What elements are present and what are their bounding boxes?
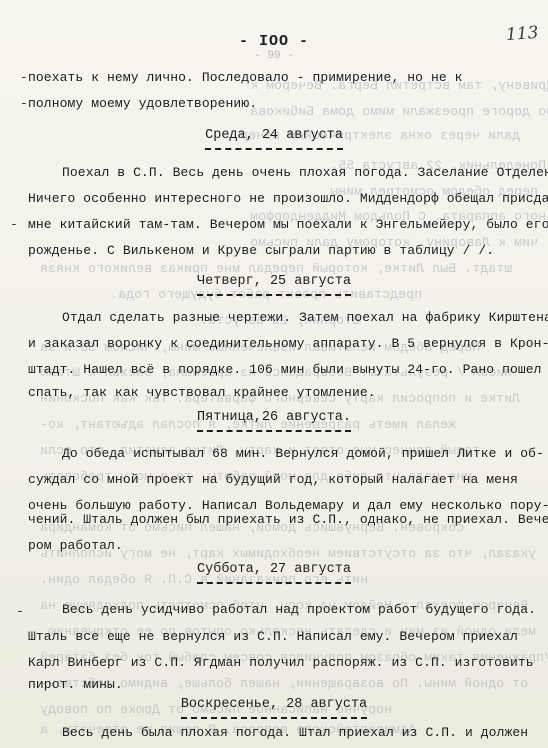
heading-text: Пятница,26 августа.	[197, 410, 351, 432]
text-line: Весь день усидчиво работал над проектом …	[62, 602, 536, 617]
text-line: мне китайский там-там. Вечером мы поехал…	[28, 217, 548, 232]
text-line: Карл Винберг из С.П. Ягдман получил расп…	[28, 655, 534, 670]
text-line: Весь день была плохая погода. Штал приех…	[62, 725, 528, 740]
text-line: ром работал.	[28, 538, 123, 553]
heading-text: Суббота, 27 августа	[197, 562, 351, 584]
margin-dash-mark: -	[20, 70, 28, 85]
text-line: полному моему удовлетворению.	[28, 96, 257, 111]
text-line: штадт. Нашел всё в порядке. 106 мин были…	[28, 362, 542, 377]
text-line: Шталь все еще не вернулся из С.П. Написа…	[28, 629, 518, 644]
text-line: Отдал сделать разные чертежи. Затем поех…	[62, 310, 548, 325]
heading-text: Воскресенье, 28 августа	[181, 697, 367, 719]
archive-folio-number: 113	[505, 23, 539, 45]
diary-date-heading: Суббота, 27 августа	[0, 562, 548, 584]
diary-date-heading: Среда, 24 августа	[0, 128, 548, 150]
text-line: чений. Шталь должен был приехать из С.П.…	[28, 512, 548, 527]
text-line: спать, так как чувствовал крайнее утомле…	[28, 385, 376, 400]
margin-dash-mark: -	[20, 96, 28, 111]
page-number: - IOO -	[0, 33, 548, 50]
text-line: Поехал в С.П. Весь день очень плохая пог…	[62, 165, 548, 180]
text-line: рожденье. С Вилькеном и Круве сыграли па…	[28, 243, 494, 258]
text-line: поехать к нему лично. Последовало - прим…	[28, 70, 463, 85]
document-page: ром поехал к Дривену, там встретил Берга…	[0, 0, 548, 748]
page-number-faint: - 99 -	[0, 50, 548, 62]
diary-date-heading: Пятница,26 августа.	[0, 410, 548, 432]
heading-text: Среда, 24 августа	[205, 128, 343, 150]
text-line: суждал со мной проект на будущий год, ко…	[28, 472, 518, 487]
bleed-through-line: бой домой, по дороге проезжали мимо дома…	[250, 104, 548, 119]
text-line: До обеда испытывал 68 мин. Вернулся домо…	[62, 446, 544, 461]
text-line: пирот. мины.	[28, 677, 123, 692]
margin-dash-mark: -	[16, 604, 24, 619]
text-line: очень большую работу. Написал Вольдемару…	[28, 498, 548, 513]
margin-dash-mark: -	[10, 217, 18, 232]
text-line: Ничего особенно интересного не произошло…	[28, 191, 548, 206]
diary-date-heading: Воскресенье, 28 августа	[0, 697, 548, 719]
diary-date-heading: Четверг, 25 августа	[0, 274, 548, 296]
heading-text: Четверг, 25 августа	[197, 274, 351, 296]
text-line: и заказал воронку к соединительному аппа…	[28, 336, 548, 351]
